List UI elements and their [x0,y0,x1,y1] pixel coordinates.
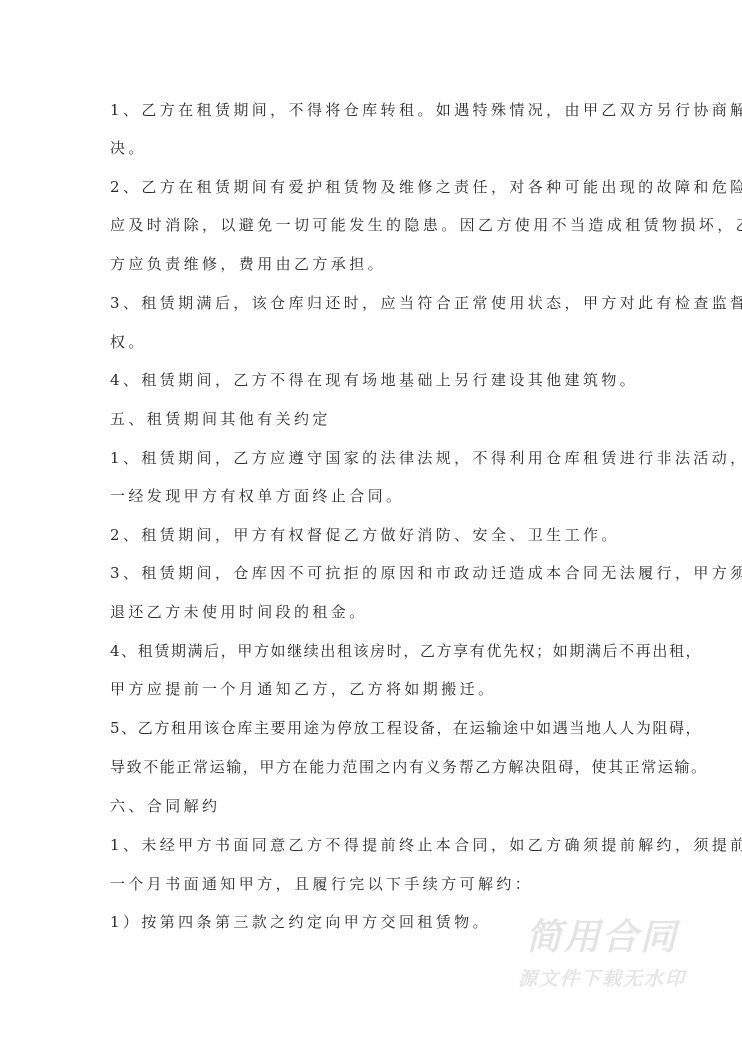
clause-line: 1）按第四条第三款之约定向甲方交回租赁物。 [110,912,491,932]
clause-line: 权。 [110,332,147,352]
clause-line: 甲方应提前一个月通知乙方，乙方将如期搬迁。 [110,679,496,699]
clause-line: 退还乙方未使用时间段的租金。 [110,602,368,622]
clause-line: 一经发现甲方有权单方面终止合同。 [110,486,404,506]
clause-line: 1、未经甲方书面同意乙方不得提前终止本合同，如乙方确须提前解约，须提前 [110,835,742,855]
clause-line: 4、租赁期间，乙方不得在现有场地基础上另行建设其他建筑物。 [110,370,638,390]
clause-line: 3、租赁期间，仓库因不可抗拒的原因和市政动迁造成本合同无法履行，甲方须 [110,563,742,583]
clause-line: 一个月书面通知甲方，且履行完以下手续方可解约： [110,874,533,894]
clause-line: 5、乙方租用该仓库主要用途为停放工程设备，在运输途中如遇当地人人为阻碍， [110,718,702,738]
watermark: 简用合同 源文件下载无水印 [512,918,692,992]
clause-line: 2、乙方在租赁期间有爱护租赁物及维修之责任，对各种可能出现的故障和危险 [110,177,742,197]
clause-line: 方应负责维修，费用由乙方承担。 [110,254,386,274]
clause-line: 应及时消除，以避免一切可能发生的隐患。因乙方使用不当造成租赁物损坏，乙 [110,215,742,235]
section-heading: 五、租赁期间其他有关约定 [110,409,331,429]
clause-line: 导致不能正常运输，甲方在能力范围之内有义务帮乙方解决阻碍，使其正常运输。 [110,757,708,777]
watermark-subtitle: 源文件下载无水印 [512,966,692,992]
watermark-title: 简用合同 [512,918,692,958]
clause-line: 决。 [110,138,147,158]
clause-line: 3、租赁期满后，该仓库归还时，应当符合正常使用状态，甲方对此有检查监督 [110,293,742,313]
clause-line: 1、乙方在租赁期间，不得将仓库转租。如遇特殊情况，由甲乙双方另行协商解 [110,100,742,120]
section-heading: 六、合同解约 [110,796,220,816]
clause-line: 4、租赁期满后，甲方如继续出租该房时，乙方享有优先权；如期满后不再出租， [110,641,702,661]
clause-line: 1、租赁期间，乙方应遵守国家的法律法规，不得利用仓库租赁进行非法活动， [110,448,742,468]
document-page: 1、乙方在租赁期间，不得将仓库转租。如遇特殊情况，由甲乙双方另行协商解 决。 2… [0,0,742,1049]
clause-line: 2、租赁期间，甲方有权督促乙方做好消防、安全、卫生工作。 [110,525,620,545]
